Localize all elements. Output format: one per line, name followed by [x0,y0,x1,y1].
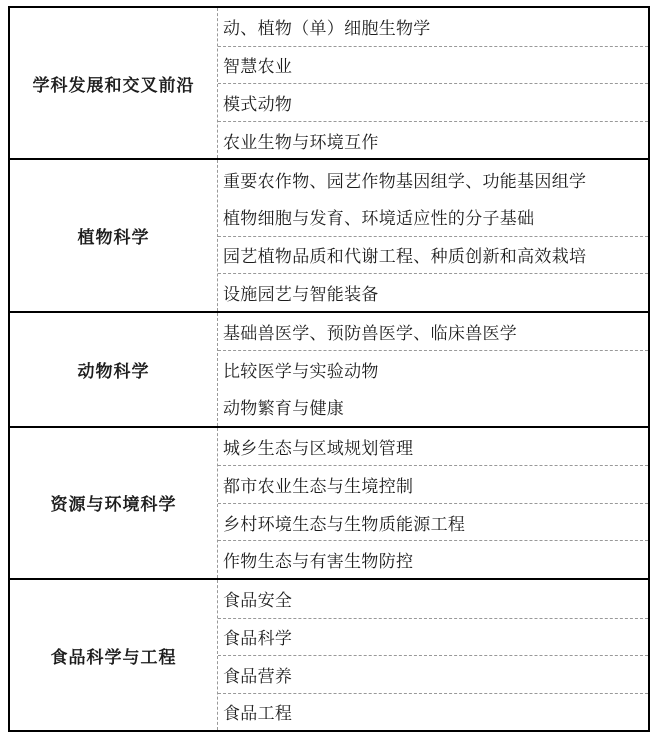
topic-cell: 智慧农业 [218,46,648,84]
topic-list: 基础兽医学、预防兽医学、临床兽医学 比较医学与实验动物 动物繁育与健康 [218,313,648,426]
topic-cell: 食品安全 [218,580,648,618]
topic-cell: 动、植物（单）细胞生物学 [218,8,648,46]
topic-cell: 植物细胞与发育、环境适应性的分子基础 [218,198,648,236]
topic-cell: 都市农业生态与生境控制 [218,465,648,503]
topic-cell: 食品科学 [218,618,648,656]
topic-cell: 基础兽医学、预防兽医学、临床兽医学 [218,313,648,351]
category-cell: 动物科学 [10,313,218,426]
topic-cell: 模式动物 [218,83,648,121]
topic-cell: 乡村环境生态与生物质能源工程 [218,503,648,541]
topic-cell: 比较医学与实验动物 [218,350,648,388]
topic-cell: 动物繁育与健康 [218,388,648,426]
section-discipline-frontiers: 学科发展和交叉前沿 动、植物（单）细胞生物学 智慧农业 模式动物 农业生物与环境… [10,8,648,158]
topic-cell: 设施园艺与智能装备 [218,273,648,311]
topic-list: 动、植物（单）细胞生物学 智慧农业 模式动物 农业生物与环境互作 [218,8,648,158]
topic-cell: 食品营养 [218,655,648,693]
topic-list: 食品安全 食品科学 食品营养 食品工程 [218,580,648,730]
topic-list: 城乡生态与区域规划管理 都市农业生态与生境控制 乡村环境生态与生物质能源工程 作… [218,428,648,578]
topic-cell: 重要农作物、园艺作物基因组学、功能基因组学 [218,160,648,198]
section-plant-science: 植物科学 重要农作物、园艺作物基因组学、功能基因组学 植物细胞与发育、环境适应性… [10,158,648,310]
topic-cell: 城乡生态与区域规划管理 [218,428,648,466]
category-cell: 资源与环境科学 [10,428,218,578]
topic-list: 重要农作物、园艺作物基因组学、功能基因组学 植物细胞与发育、环境适应性的分子基础… [218,160,648,310]
category-cell: 植物科学 [10,160,218,310]
section-resources-environment: 资源与环境科学 城乡生态与区域规划管理 都市农业生态与生境控制 乡村环境生态与生… [10,426,648,578]
section-animal-science: 动物科学 基础兽医学、预防兽医学、临床兽医学 比较医学与实验动物 动物繁育与健康 [10,311,648,426]
category-cell: 学科发展和交叉前沿 [10,8,218,158]
topic-cell: 农业生物与环境互作 [218,121,648,159]
discipline-topics-table: 学科发展和交叉前沿 动、植物（单）细胞生物学 智慧农业 模式动物 农业生物与环境… [8,6,650,732]
section-food-science: 食品科学与工程 食品安全 食品科学 食品营养 食品工程 [10,578,648,730]
topic-cell: 食品工程 [218,693,648,731]
topic-cell: 园艺植物品质和代谢工程、种质创新和高效栽培 [218,236,648,274]
topic-cell: 作物生态与有害生物防控 [218,540,648,578]
category-cell: 食品科学与工程 [10,580,218,730]
